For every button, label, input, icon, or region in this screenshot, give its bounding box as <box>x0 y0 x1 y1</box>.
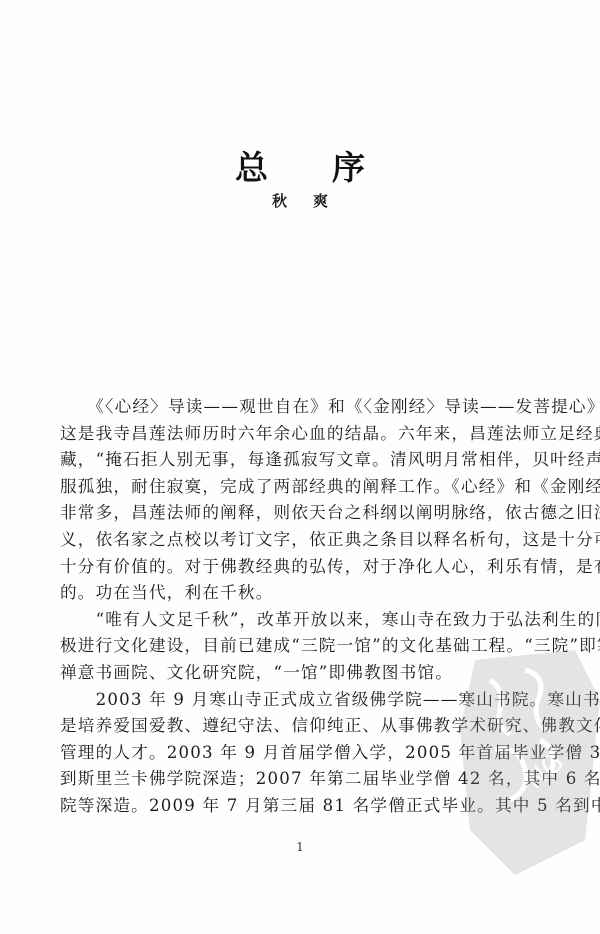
text-line: 是培养爱国爱教、遵纪守法、信仰纯正、从事佛教学术研究、佛教文化交流和寺院 <box>60 713 564 740</box>
text-line: 十分有价值的。对于佛教经典的弘传，对于净化人心，利乐有情，是有积极意义 <box>60 554 564 581</box>
page-number: 1 <box>0 840 600 854</box>
text-line: 这是我寺昌莲法师历时六年余心血的结晶。六年来，昌莲法师立足经典，深入经 <box>60 421 564 448</box>
text-line: “唯有人文足千秋”，改革开放以来，寒山寺在致力于弘法利生的同时，也积 <box>60 607 564 634</box>
page-title: 总序 <box>0 150 600 186</box>
author-name: 秋爽 <box>0 191 600 211</box>
text-line: 的。功在当代，利在千秋。 <box>60 580 564 607</box>
text-line: 义，依名家之点校以考订文字，依正典之条目以释名析句，这是十分可取的，也是 <box>60 527 564 554</box>
text-line: 管理的人才。2003 年 9 月首届学僧入学，2005 年首届毕业学僧 35 名… <box>60 740 564 767</box>
text-line: 院等深造。2009 年 7 月第三届 81 名学僧正式毕业。其中 5 名到中国佛… <box>60 793 564 820</box>
text-line: 极进行文化建设，目前已建成“三院一馆”的文化基础工程。“三院”即寒山书院、 <box>60 633 564 660</box>
text-line: 藏，“掩石拒人别无事，每逢孤寂写文章。清风明月常相伴，贝叶经声入梦乡。”克 <box>60 447 564 474</box>
text-line: 2003 年 9 月寒山寺正式成立省级佛学院——寒山书院。寒山书院办学宗旨 <box>60 687 564 714</box>
text-line: 《〈心经〉导读——观世自在》和《〈金刚经〉导读——发菩提心》即将出版了， <box>60 394 564 421</box>
text-line: 禅意书画院、文化研究院，“一馆”即佛教图书馆。 <box>60 660 564 687</box>
text-line: 非常多，昌莲法师的阐释，则依天台之科纲以阐明脉络，依古德之旧注以折衷诸 <box>60 500 564 527</box>
document-page: 总序 秋爽 《〈心经〉导读——观世自在》和《〈金刚经〉导读——发菩提心》即将出版… <box>0 0 600 934</box>
text-line: 服孤独，耐住寂寞，完成了两部经典的阐释工作。《心经》和《金刚经》的旧注新解 <box>60 474 564 501</box>
body-text: 《〈心经〉导读——观世自在》和《〈金刚经〉导读——发菩提心》即将出版了， 这是我… <box>60 394 564 820</box>
text-line: 到斯里兰卡佛学院深造；2007 年第二届毕业学僧 42 名，其中 6 名到新加坡… <box>60 766 564 793</box>
